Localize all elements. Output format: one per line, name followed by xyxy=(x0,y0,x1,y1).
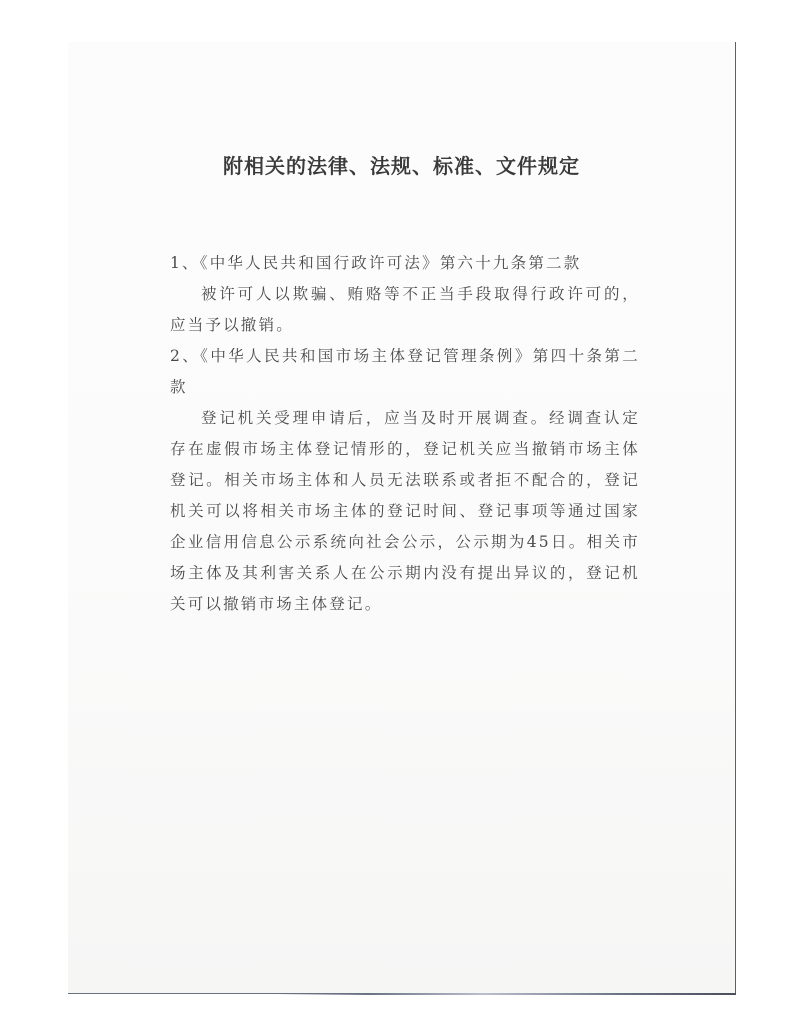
section-2-heading: 2、《中华人民共和国市场主体登记管理条例》第四十条第二款 xyxy=(170,341,640,403)
scan-canvas: 附相关的法律、法规、标准、文件规定 1、《中华人民共和国行政许可法》第六十九条第… xyxy=(0,0,800,1035)
section-1-heading: 1、《中华人民共和国行政许可法》第六十九条第二款 xyxy=(170,248,640,279)
page-title: 附相关的法律、法规、标准、文件规定 xyxy=(68,150,735,179)
document-body: 1、《中华人民共和国行政许可法》第六十九条第二款 被许可人以欺骗、贿赂等不正当手… xyxy=(170,248,640,620)
section-1-paragraph: 被许可人以欺骗、贿赂等不正当手段取得行政许可的，应当予以撤销。 xyxy=(170,279,640,341)
document-page: 附相关的法律、法规、标准、文件规定 1、《中华人民共和国行政许可法》第六十九条第… xyxy=(68,42,735,993)
section-2-paragraph: 登记机关受理申请后，应当及时开展调查。经调查认定存在虚假市场主体登记情形的，登记… xyxy=(170,403,640,620)
